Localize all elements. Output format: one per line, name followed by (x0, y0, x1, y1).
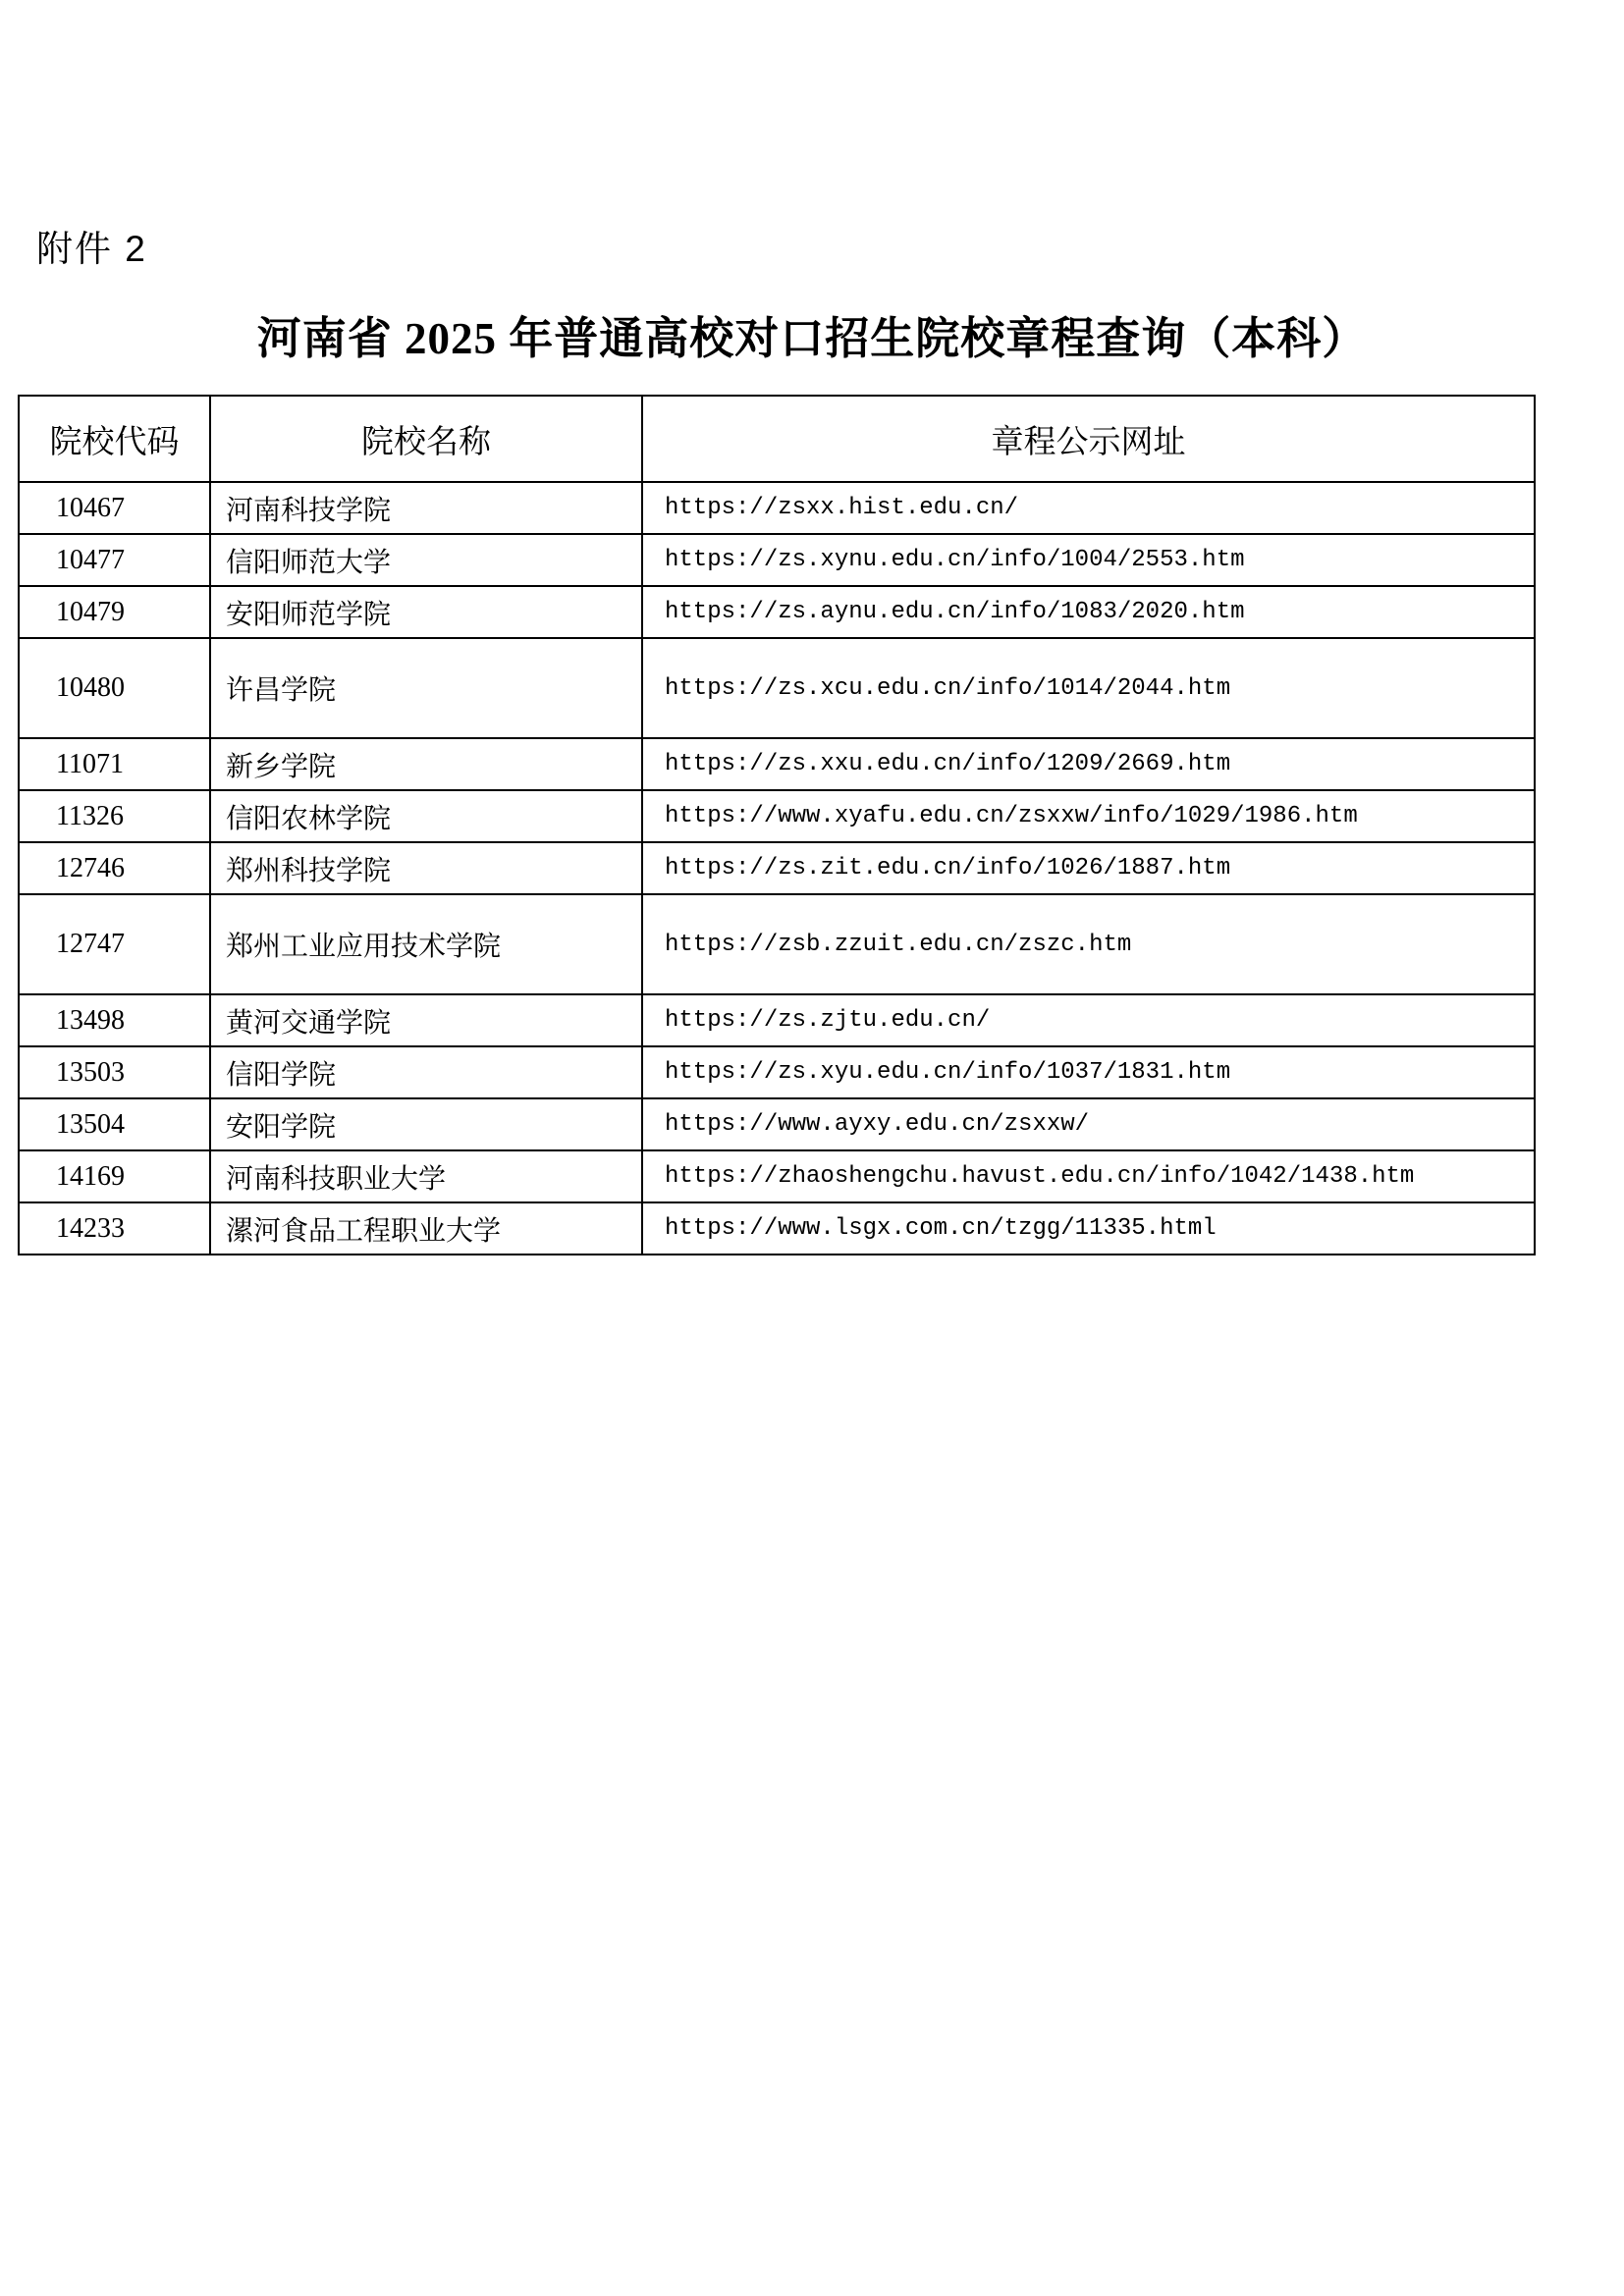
header-college-name: 院校名称 (210, 396, 642, 482)
charter-url: https://zs.zit.edu.cn/info/1026/1887.htm (642, 842, 1535, 894)
table-row: 13503 信阳学院 https://zs.xyu.edu.cn/info/10… (19, 1046, 1535, 1098)
charter-url: https://zhaoshengchu.havust.edu.cn/info/… (642, 1150, 1535, 1202)
college-code: 13498 (19, 994, 210, 1046)
college-code: 14169 (19, 1150, 210, 1202)
college-name: 新乡学院 (210, 738, 642, 790)
table-row: 11071 新乡学院 https://zs.xxu.edu.cn/info/12… (19, 738, 1535, 790)
charter-url: https://zs.xynu.edu.cn/info/1004/2553.ht… (642, 534, 1535, 586)
college-name: 郑州科技学院 (210, 842, 642, 894)
table-row: 13498 黄河交通学院 https://zs.zjtu.edu.cn/ (19, 994, 1535, 1046)
charter-url: https://www.xyafu.edu.cn/zsxxw/info/1029… (642, 790, 1535, 842)
college-name: 信阳师范大学 (210, 534, 642, 586)
college-name: 漯河食品工程职业大学 (210, 1202, 642, 1255)
college-name: 许昌学院 (210, 638, 642, 738)
charter-table: 院校代码 院校名称 章程公示网址 10467 河南科技学院 https://zs… (18, 395, 1536, 1255)
college-code: 10477 (19, 534, 210, 586)
charter-url: https://zs.zjtu.edu.cn/ (642, 994, 1535, 1046)
table-row: 12747 郑州工业应用技术学院 https://zsb.zzuit.edu.c… (19, 894, 1535, 994)
document-page: 附件 2 河南省 2025 年普通高校对口招生院校章程查询（本科） 院校代码 院… (0, 0, 1624, 2296)
college-code: 13503 (19, 1046, 210, 1098)
charter-url: https://zsb.zzuit.edu.cn/zszc.htm (642, 894, 1535, 994)
college-name: 黄河交通学院 (210, 994, 642, 1046)
table-row: 10479 安阳师范学院 https://zs.aynu.edu.cn/info… (19, 586, 1535, 638)
table-header-row: 院校代码 院校名称 章程公示网址 (19, 396, 1535, 482)
table-row: 10480 许昌学院 https://zs.xcu.edu.cn/info/10… (19, 638, 1535, 738)
attachment-label: 附件 2 (36, 230, 147, 270)
charter-url: https://zsxx.hist.edu.cn/ (642, 482, 1535, 534)
college-name: 信阳学院 (210, 1046, 642, 1098)
table-row: 14233 漯河食品工程职业大学 https://www.lsgx.com.cn… (19, 1202, 1535, 1255)
page-title: 河南省 2025 年普通高校对口招生院校章程查询（本科） (0, 314, 1624, 365)
college-name: 河南科技学院 (210, 482, 642, 534)
table-row: 11326 信阳农林学院 https://www.xyafu.edu.cn/zs… (19, 790, 1535, 842)
table-row: 12746 郑州科技学院 https://zs.zit.edu.cn/info/… (19, 842, 1535, 894)
header-college-code: 院校代码 (19, 396, 210, 482)
table-row: 10467 河南科技学院 https://zsxx.hist.edu.cn/ (19, 482, 1535, 534)
table-row: 13504 安阳学院 https://www.ayxy.edu.cn/zsxxw… (19, 1098, 1535, 1150)
college-code: 12746 (19, 842, 210, 894)
charter-url: https://zs.xxu.edu.cn/info/1209/2669.htm (642, 738, 1535, 790)
college-code: 13504 (19, 1098, 210, 1150)
college-name: 安阳学院 (210, 1098, 642, 1150)
header-charter-url: 章程公示网址 (642, 396, 1535, 482)
college-code: 14233 (19, 1202, 210, 1255)
college-code: 10467 (19, 482, 210, 534)
charter-url: https://zs.aynu.edu.cn/info/1083/2020.ht… (642, 586, 1535, 638)
college-code: 12747 (19, 894, 210, 994)
college-code: 11071 (19, 738, 210, 790)
table-row: 10477 信阳师范大学 https://zs.xynu.edu.cn/info… (19, 534, 1535, 586)
college-code: 10480 (19, 638, 210, 738)
college-name: 信阳农林学院 (210, 790, 642, 842)
college-name: 郑州工业应用技术学院 (210, 894, 642, 994)
college-code: 10479 (19, 586, 210, 638)
college-name: 河南科技职业大学 (210, 1150, 642, 1202)
charter-url: https://www.lsgx.com.cn/tzgg/11335.html (642, 1202, 1535, 1255)
college-code: 11326 (19, 790, 210, 842)
charter-url: https://www.ayxy.edu.cn/zsxxw/ (642, 1098, 1535, 1150)
table-row: 14169 河南科技职业大学 https://zhaoshengchu.havu… (19, 1150, 1535, 1202)
charter-url: https://zs.xcu.edu.cn/info/1014/2044.htm (642, 638, 1535, 738)
charter-url: https://zs.xyu.edu.cn/info/1037/1831.htm (642, 1046, 1535, 1098)
college-name: 安阳师范学院 (210, 586, 642, 638)
